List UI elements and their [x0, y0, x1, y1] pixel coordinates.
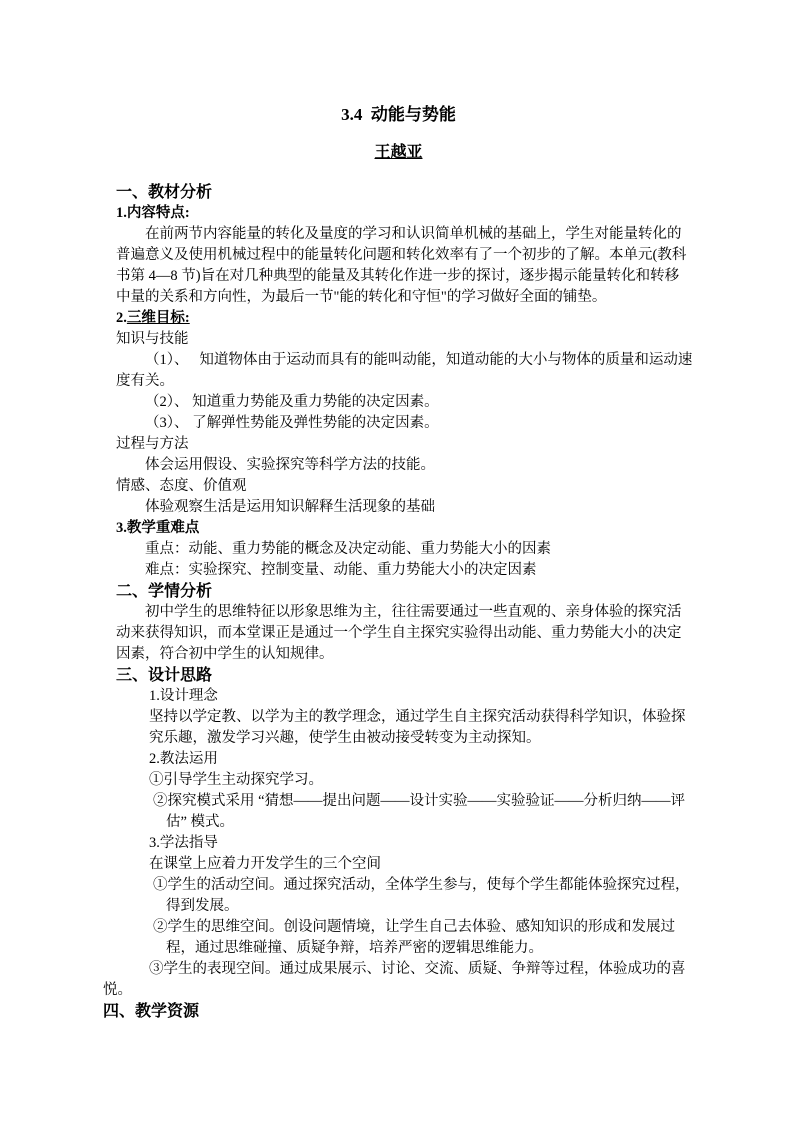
body-line: ①学生的活动空间。通过探究活动，全体学生参与，使每个学生都能体验探究过程， — [153, 875, 694, 896]
sub-heading: 2.三维目标: — [116, 308, 694, 329]
body-line: （1）、 知道物体由于运动而具有的能叫动能，知道动能的大小与物体的质量和运动速 — [145, 350, 694, 371]
body-line: 书第 4—8 节)旨在对几种典型的能量及其转化作进一步的探讨，逐步揭示能量转化和… — [116, 266, 694, 287]
sub-heading: 3.学法指导 — [149, 833, 694, 854]
body-line: 得到发展。 — [166, 896, 694, 917]
body-line: 中量的关系和方向性，为最后一节"能的转化和守恒"的学习做好全面的铺垫。 — [116, 287, 694, 308]
body-line: 动来获得知识，而本堂课正是通过一个学生自主探究实验得出动能、重力势能大小的决定 — [116, 623, 694, 644]
section-heading-4: 四、教学资源 — [103, 1001, 694, 1022]
section-heading-2: 二、学情分析 — [116, 581, 694, 602]
body-line: 究乐趣，激发学习兴趣，使学生由被动接受转变为主动探知。 — [149, 728, 694, 749]
body-line: 情感、态度、价值观 — [116, 476, 694, 497]
sub-heading: 1.设计理念 — [149, 686, 694, 707]
section-heading-3: 三、设计思路 — [116, 665, 694, 686]
document-body: 一、教材分析1.内容特点:在前两节内容能量的转化及量度的学习和认识简单机械的基础… — [103, 182, 694, 1022]
body-line: 难点：实验探究、控制变量、动能、重力势能大小的决定因素 — [145, 560, 694, 581]
sub-heading: 2.教法运用 — [149, 749, 694, 770]
body-line: （3）、 了解弹性势能及弹性势能的决定因素。 — [145, 413, 694, 434]
document-title: 3.4 动能与势能 — [103, 96, 694, 134]
body-line: 体验观察生活是运用知识解释生活现象的基础 — [145, 497, 694, 518]
author-line: 王越亚 — [103, 134, 694, 172]
sub-heading: 1.内容特点: — [116, 203, 694, 224]
body-line: 在前两节内容能量的转化及量度的学习和认识简单机械的基础上，学生对能量转化的 — [145, 224, 694, 245]
body-line: 度有关。 — [116, 371, 694, 392]
body-line: 体会运用假设、实验探究等科学方法的技能。 — [145, 455, 694, 476]
document-page: 3.4 动能与势能 王越亚 一、教材分析1.内容特点:在前两节内容能量的转化及量… — [0, 0, 794, 1123]
body-line: 因素，符合初中学生的认知规律。 — [116, 644, 694, 665]
body-line: （2）、 知道重力势能及重力势能的决定因素。 — [145, 392, 694, 413]
body-line: 过程与方法 — [116, 434, 694, 455]
body-line: 知识与技能 — [116, 329, 694, 350]
body-line: ③学生的表现空间。通过成果展示、讨论、交流、质疑、争辩等过程，体验成功的喜 — [149, 959, 694, 980]
body-line: 程，通过思维碰撞、质疑争辩，培养严密的逻辑思维能力。 — [166, 938, 694, 959]
body-line: ②探究模式采用 “猜想——提出问题——设计实验——实验验证——分析归纳——评 — [153, 791, 694, 812]
body-line: ①引导学生主动探究学习。 — [149, 770, 694, 791]
author-name: 王越亚 — [374, 144, 422, 161]
body-line: ②学生的思维空间。创设问题情境，让学生自己去体验、感知知识的形成和发展过 — [153, 917, 694, 938]
body-line: 初中学生的思维特征以形象思维为主，往往需要通过一些直观的、亲身体验的探究活 — [145, 602, 694, 623]
body-line: 悦。 — [103, 980, 694, 1001]
sub-heading: 3.教学重难点 — [116, 518, 694, 539]
section-heading-1: 一、教材分析 — [116, 182, 694, 203]
body-line: 重点：动能、重力势能的概念及决定动能、重力势能大小的因素 — [145, 539, 694, 560]
body-line: 估” 模式。 — [166, 812, 694, 833]
body-line: 普遍意义及使用机械过程中的能量转化问题和转化效率有了一个初步的了解。本单元(教科 — [116, 245, 694, 266]
body-line: 坚持以学定教、以学为主的教学理念，通过学生自主探究活动获得科学知识，体验探 — [149, 707, 694, 728]
body-line: 在课堂上应着力开发学生的三个空间 — [149, 854, 694, 875]
